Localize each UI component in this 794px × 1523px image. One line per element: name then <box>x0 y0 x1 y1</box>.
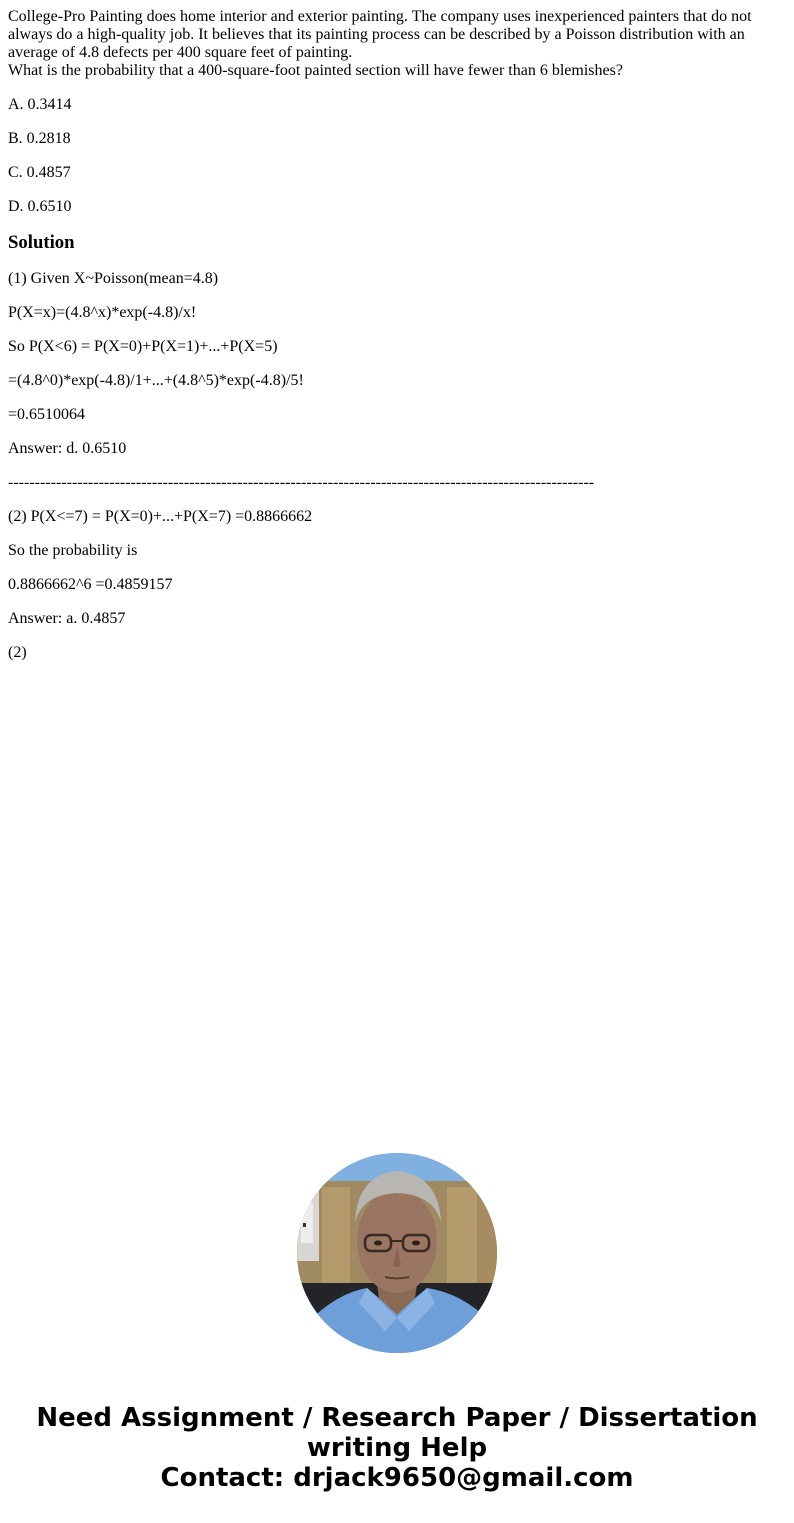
promo-banner: Need Assignment / Research Paper / Disse… <box>0 1403 794 1493</box>
promo-contact: Contact: drjack9650@gmail.com <box>0 1463 794 1493</box>
separator-line: ----------------------------------------… <box>8 474 778 492</box>
option-d: D. 0.6510 <box>8 198 778 216</box>
answer-part1: Answer: d. 0.6510 <box>8 440 778 458</box>
solution-step: P(X=x)=(4.8^x)*exp(-4.8)/x! <box>8 304 778 322</box>
solution-step: (2) <box>8 644 778 662</box>
solution-step: (2) P(X<=7) = P(X=0)+...+P(X=7) =0.88666… <box>8 508 778 526</box>
solution-step: (1) Given X~Poisson(mean=4.8) <box>8 270 778 288</box>
option-b: B. 0.2818 <box>8 130 778 148</box>
solution-step: So the probability is <box>8 542 778 560</box>
solution-step: 0.8866662^6 =0.4859157 <box>8 576 778 594</box>
question-block: College-Pro Painting does home interior … <box>8 8 778 80</box>
option-c: C. 0.4857 <box>8 164 778 182</box>
solution-step: =0.6510064 <box>8 406 778 424</box>
solution-heading: Solution <box>8 232 778 254</box>
question-text: College-Pro Painting does home interior … <box>8 8 752 61</box>
solution-step: =(4.8^0)*exp(-4.8)/1+...+(4.8^5)*exp(-4.… <box>8 372 778 390</box>
answer-part2: Answer: a. 0.4857 <box>8 610 778 628</box>
question-prompt: What is the probability that a 400-squar… <box>8 62 623 79</box>
document-content: College-Pro Painting does home interior … <box>8 8 778 678</box>
solution-step: So P(X<6) = P(X=0)+P(X=1)+...+P(X=5) <box>8 338 778 356</box>
promo-line: writing Help <box>0 1433 794 1463</box>
option-a: A. 0.3414 <box>8 96 778 114</box>
promo-line: Need Assignment / Research Paper / Disse… <box>0 1403 794 1433</box>
author-portrait-icon <box>297 1153 497 1353</box>
